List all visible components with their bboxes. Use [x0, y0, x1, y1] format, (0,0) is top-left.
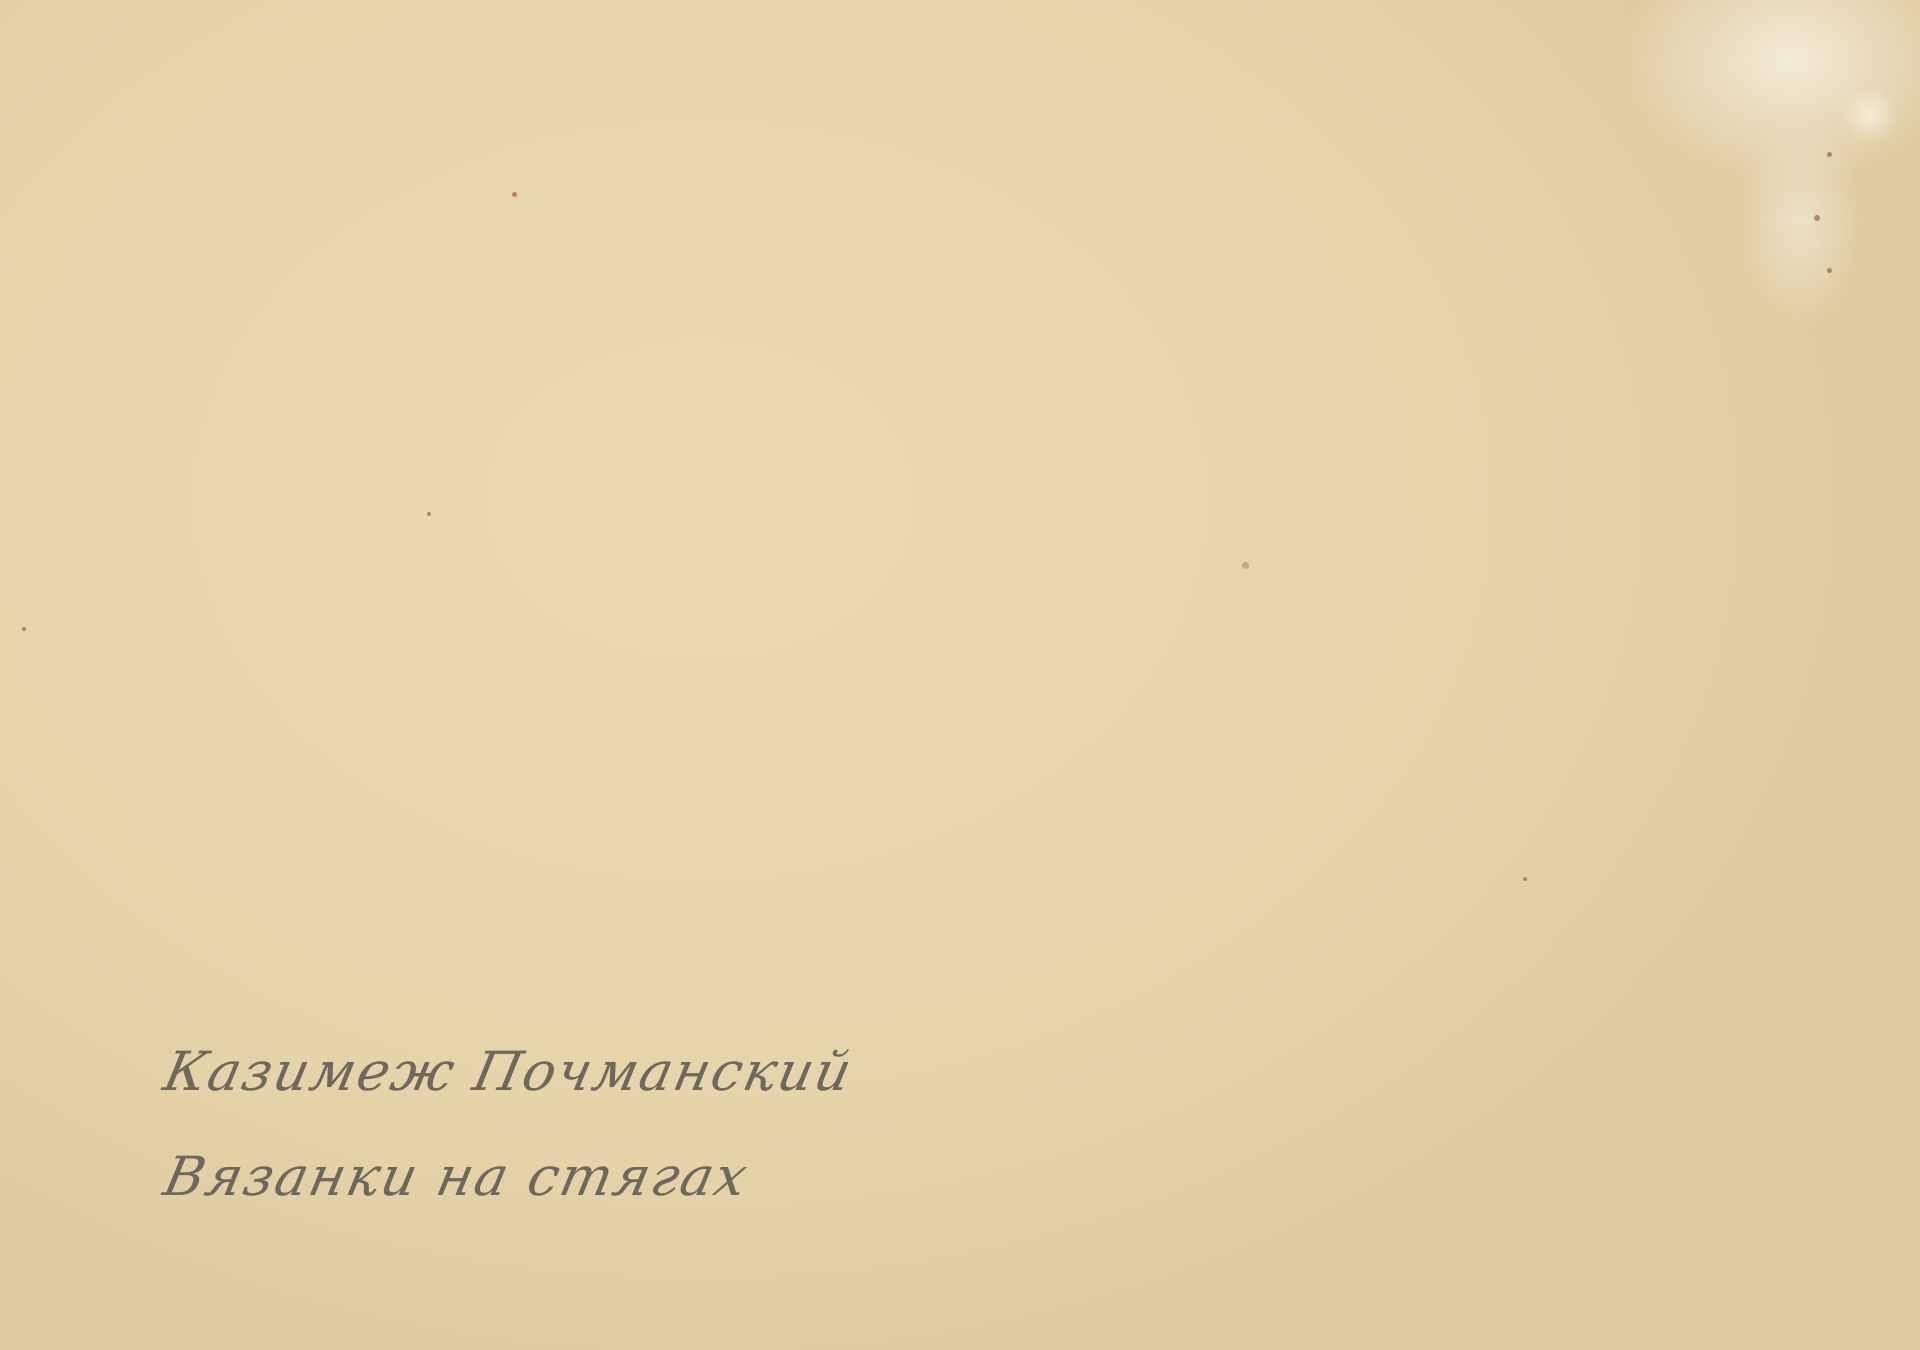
- foxing-spot: [1814, 215, 1820, 221]
- handwritten-author-name: Казимеж Почманский: [158, 1040, 859, 1103]
- handwritten-title: Вязанки на стягах: [158, 1145, 754, 1208]
- foxing-spot: [1242, 562, 1249, 569]
- foxing-spot: [22, 627, 26, 631]
- foxing-spot: [1827, 268, 1832, 273]
- foxing-spot: [1523, 877, 1527, 881]
- foxing-spot: [512, 192, 517, 197]
- foxing-spot: [427, 512, 431, 516]
- foxing-spot: [1827, 152, 1832, 157]
